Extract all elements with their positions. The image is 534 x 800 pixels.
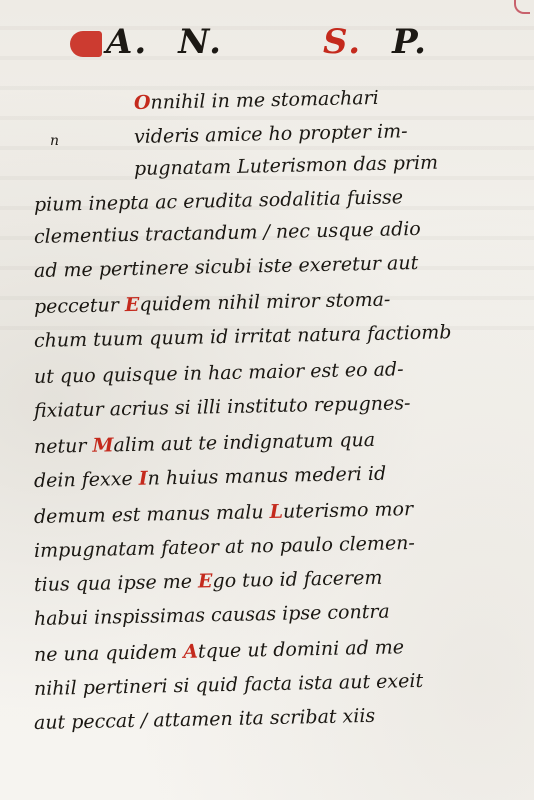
text-line: Onnihil in me stomachari (134, 87, 379, 114)
rubricated-initial: E (125, 294, 140, 316)
rubricated-initial: A (183, 641, 198, 663)
heading-part-p: P. (392, 22, 428, 62)
rubricated-initial: O (134, 92, 151, 114)
heading-part-n: N. (178, 22, 223, 62)
text-line: demum est manus malu Luterismo mor (34, 498, 414, 528)
text-line: pium inepta ac erudita sodalitia fuisse (34, 186, 403, 216)
heading-part-s: S. (323, 22, 362, 62)
text-line: videris amice ho propter im- (134, 120, 408, 148)
text-line: impugnatam fateor at no paulo clemen- (34, 532, 415, 562)
rubricated-initial: I (139, 468, 148, 490)
manuscript-page: A.N.S.P. n Onnihil in me stomachari vide… (0, 0, 534, 800)
text-line: ne una quidem Atque ut domini ad me (34, 636, 405, 666)
text-line: peccetur Equidem nihil miror stoma- (34, 289, 391, 318)
text-line: tius qua ipse me Ego tuo id facerem (34, 567, 383, 596)
text-line: ad me pertinere sicubi iste exeretur aut (34, 252, 419, 282)
rubricated-initial: L (269, 501, 283, 523)
text-line: ut quo quisque in hac maior est eo ad- (34, 358, 404, 388)
heading-part-a: A. (106, 22, 148, 62)
text-line: dein fexxe In huius manus mederi id (34, 463, 387, 492)
red-flourish-icon (70, 31, 102, 57)
text-line: netur Malim aut te indignatum qua (34, 429, 376, 458)
rubricated-initial: E (198, 570, 213, 592)
rubricated-initial: M (92, 434, 114, 456)
page-heading: A.N.S.P. (70, 22, 458, 62)
text-line: pugnatam Luterismon das prim (134, 152, 439, 180)
text-line: nihil pertineri si quid facta ista aut e… (34, 670, 424, 700)
text-line: clementius tractandum / nec usque adio (34, 218, 421, 248)
text-line: fixiatur acrius si illi instituto repugn… (34, 392, 411, 422)
corner-ink-mark (514, 0, 530, 14)
text-line: aut peccat / attamen ita scribat xiis (34, 705, 376, 734)
text-line: habui inspissimas causas ipse contra (34, 601, 390, 630)
text-line: chum tuum quum id irritat natura factiom… (34, 321, 452, 352)
margin-note: n (50, 133, 59, 149)
